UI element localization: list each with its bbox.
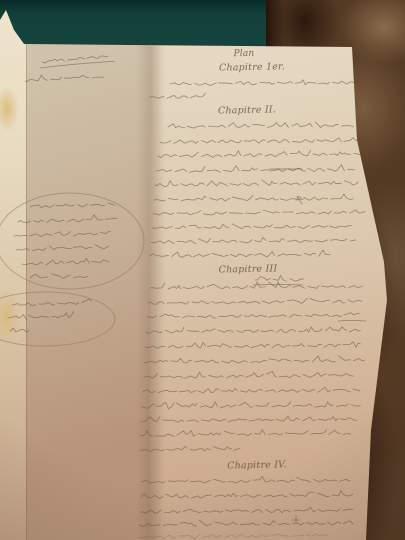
chapter-2-heading: Chapitre II. bbox=[218, 104, 276, 116]
manuscript-plan-title: Plan bbox=[233, 49, 254, 59]
chapter-4-heading: Chapitre IV. bbox=[227, 459, 287, 471]
handwriting-layer bbox=[0, 0, 405, 540]
chapter-1-heading: Chapitre 1er. bbox=[219, 61, 285, 73]
photo-scene: Plan Chapitre 1er. Chapitre II. Chapitre… bbox=[0, 0, 405, 540]
manuscript-book: Plan Chapitre 1er. Chapitre II. Chapitre… bbox=[0, 0, 405, 540]
chapter-3-heading: Chapitre III bbox=[218, 263, 277, 275]
